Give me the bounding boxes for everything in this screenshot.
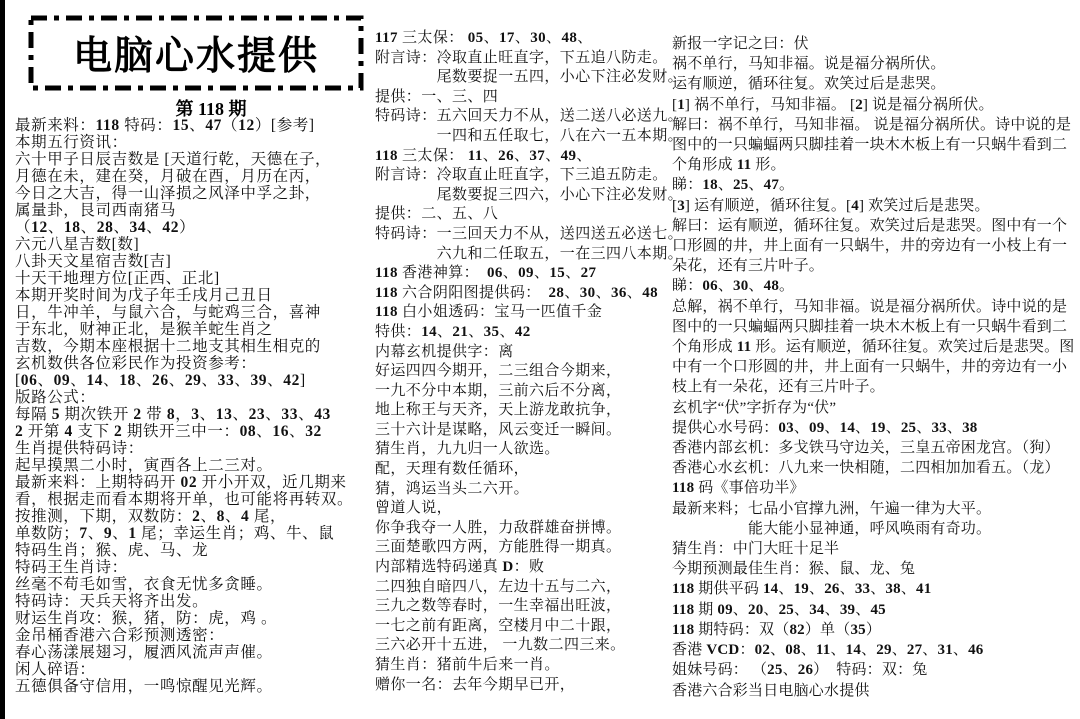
text-line: 春心荡漾展翅习，履洒风流声声催。 [15, 644, 377, 661]
text-line: 睇：06、30、48。 [672, 276, 1076, 296]
text-line: 猜生肖：猪前牛后来一肖。 [375, 656, 677, 676]
text-line: 118 六合阴阳图提供码： 28、30、36、48 [375, 284, 677, 304]
text-line: 内部精选特码递真 D：败 [375, 558, 677, 578]
text-line: 118 期供平码 14、19、26、33、38、41 [672, 579, 1076, 599]
text-line: 提供心水号码：03、09、14、19、25、33、38 [672, 418, 1076, 438]
text-line: 今期预测最佳生肖：猴、鼠、龙、兔 [672, 559, 1076, 579]
text-line: 玄机数供各位彩民作为投资参考： [15, 355, 377, 372]
text-line: 附言诗：冷取直止旺直字，下三追五防走。 [375, 166, 677, 186]
text-line: 三十六计是谋略，风云变迁一瞬间。 [375, 421, 677, 441]
text-line: 口形圆的井，井上面有一只蜗牛，井的旁边有一小枝上有一 [672, 236, 1076, 256]
text-line: 好运四四今期开，二三组合今期来， [375, 362, 677, 382]
text-line: 配，天理有数任循环， [375, 460, 677, 480]
text-line: 香港心水玄机：八九来一快相随，二四相加加看五。（龙） [672, 458, 1076, 478]
text-line: 八卦天文星宿吉数[吉] [15, 253, 377, 270]
text-line: 本期开奖时间为戊子年壬戌月己丑日 [15, 287, 377, 304]
text-line: 丝毫不苟毛如雪，衣食无忧多贪睡。 [15, 576, 377, 593]
text-line: 提供：二、五、八 [375, 205, 677, 225]
text-line: 最新来料：上期特码开 02 开小开双，近几期来 [15, 474, 377, 491]
tip-sheet-page: 电脑心水提供 第 118 期 最新来料：118 特码：15、47（12）[参考]… [0, 0, 1080, 719]
text-line: 六九和二任取五，一在三四八本期。 [375, 245, 677, 265]
text-line: 尾数要捉一五四，小心下注必发财。 [375, 68, 677, 88]
text-line: 中有一个口形圆的井，井上面有一只蜗牛，井的旁边有一小 [672, 357, 1076, 377]
text-line: 内幕玄机提供字：离 [375, 343, 677, 363]
text-line: 图中的一只蝙蝠两只脚挂着一块木木板上有一只蜗牛看到二 [672, 317, 1076, 337]
title-box: 电脑心水提供 [28, 15, 364, 91]
text-line: 118 期 09、20、25、34、39、45 [672, 600, 1076, 620]
text-line: 三面楚歌四方两，方能胜得一期真。 [375, 538, 677, 558]
text-line: 财运生肖攻：猴，猪，防：虎，鸡 。 [15, 610, 377, 627]
text-line: 特码诗：一三回天力不从，送四送五必送七。 [375, 225, 677, 245]
text-line: [06、09、14、18、26、29、33、39、42] [15, 372, 377, 389]
left-edge-bar [0, 0, 5, 719]
text-line: 玄机字“伏”字折存为“伏” [672, 398, 1076, 418]
text-line: [1] 祸不单行，马知非福。 [2] 说是福分祸所伏。 [672, 95, 1076, 115]
text-line: 属量卦，艮司西南猪马 [15, 202, 377, 219]
text-line: 朵花，还有三片叶子。 [672, 256, 1076, 276]
text-line: 特码生肖；猴、虎、马、龙 [15, 542, 377, 559]
text-line: 118 白小姐透码：宝马一匹值千金 [375, 303, 677, 323]
text-line: 曾道人说， [375, 499, 677, 519]
text-line: （12、18、28、34、42） [15, 219, 377, 236]
text-line: 解曰：运有顺逆，循环往复。欢笑过后是悲哭。图中有一个 [672, 216, 1076, 236]
text-line: 香港 VCD：02、08、11、14、29、27、31、46 [672, 640, 1076, 660]
text-line: 本期五行资讯： [15, 134, 377, 151]
text-line: 十天干地理方位[正西、正北] [15, 270, 377, 287]
text-line: 吉数，今期本座根据十二地支其相生相克的 [15, 338, 377, 355]
text-line: 运有顺逆，循环往复。欢笑过后是悲哭。 [672, 74, 1076, 94]
text-line: 能大能小显神通，呼风唤雨有奇功。 [672, 519, 1076, 539]
text-line: 2 开第 4 支下 2 期铁开三中一：08、16、32 [15, 423, 377, 440]
text-line: 个角形成 11 形。 [672, 155, 1076, 175]
text-line: 单数防；7、9、1 尾；幸运生肖；鸡、牛、鼠 [15, 525, 377, 542]
text-line: 一七之前有距离，空楼月中二十跟， [375, 617, 677, 637]
text-line: 一四和五任取七，八在六一五本期。 [375, 127, 677, 147]
text-line: 最新来料；七品小官撑九洲，午遍一律为大平。 [672, 499, 1076, 519]
text-line: 月德在未，建在癸，月破在酉，月历在丙， [15, 168, 377, 185]
text-line: 个角形成 11 形。运有顺逆，循环往复。欢笑过后是悲哭。图 [672, 337, 1076, 357]
text-line: 总解，祸不单行，马知非福。说是福分祸所伏。诗中说的是 [672, 297, 1076, 317]
left-column: 最新来料：118 特码：15、47（12）[参考]本期五行资讯：六十甲子日辰吉数… [15, 117, 377, 695]
text-line: 118 期特码：双（82）单（35） [672, 620, 1076, 640]
text-line: 于东北，财神正北，是猴羊蛇生肖之 [15, 321, 377, 338]
text-line: 117 三太保： 05、17、30、48、 [375, 29, 677, 49]
text-line: 香港六合彩当日电脑心水提供 [672, 681, 1076, 701]
text-line: 二四独自暗四八，左边十五与二六， [375, 578, 677, 598]
text-line: 新报一字记之曰：伏 [672, 34, 1076, 54]
text-line: 猜生肖：中门大旺十足半 [672, 539, 1076, 559]
text-line: 你争我夺一人胜，力敌群雄奋拼博。 [375, 519, 677, 539]
text-line: 按推测，下期，双数防：2、8、4 尾， [15, 508, 377, 525]
text-line: 特码诗：天兵天将齐出发。 [15, 593, 377, 610]
text-line: 118 码《事倍功半》 [672, 478, 1076, 498]
text-line: 五德俱备守信用，一鸣惊醒见光辉。 [15, 678, 377, 695]
text-line: 起早摸黑二小时，寅酉各上二三对。 [15, 457, 377, 474]
text-line: 赠你一名：去年今期早已开， [375, 676, 677, 696]
text-line: 六十甲子日辰吉数是 [天道行乾，天德在子， [15, 151, 377, 168]
text-line: 每隔 5 期次铁开 2 带 8，3、13、23、33、43 [15, 406, 377, 423]
text-line: 日，牛冲羊，与鼠六合，与蛇鸡三合，喜神 [15, 304, 377, 321]
text-line: 特供：14、21、35、42 [375, 323, 677, 343]
text-line: 118 三太保： 11、26、37、49、 [375, 147, 677, 167]
text-line: 版路公式： [15, 389, 377, 406]
right-column: 新报一字记之曰：伏祸不单行，马知非福。说是福分祸所伏。运有顺逆，循环往复。欢笑过… [672, 34, 1076, 701]
text-line: 猜，鸿运当头二六开。 [375, 480, 677, 500]
text-line: 生肖提供特码诗： [15, 440, 377, 457]
text-line: 姐妹号码： （25、26） 特码：双：兔 [672, 660, 1076, 680]
text-line: 尾数要捉三四六，小心下注必发财。 [375, 186, 677, 206]
text-line: 金吊桶香港六合彩预测透密： [15, 627, 377, 644]
text-line: 特码诗：五六回天力不从，送二送八必送九。 [375, 107, 677, 127]
text-line: 提供：一、三、四 [375, 88, 677, 108]
text-line: 六元八星吉数[数] [15, 236, 377, 253]
text-line: 图中的一只蝙蝠两只脚挂着一块木木板上有一只蜗牛看到二 [672, 135, 1076, 155]
text-line: [3] 运有顺逆，循环往复。[4] 欢笑过后是悲哭。 [672, 196, 1076, 216]
text-line: 最新来料：118 特码：15、47（12）[参考] [15, 117, 377, 134]
text-line: 118 香港神算： 06、09、15、27 [375, 264, 677, 284]
text-line: 睇：18、25、47。 [672, 175, 1076, 195]
text-line: 祸不单行，马知非福。说是福分祸所伏。 [672, 54, 1076, 74]
text-line: 枝上有一朵花，还有三片叶子。 [672, 377, 1076, 397]
text-line: 香港内部玄机：多戈铁马守边关，三皇五帝困龙宫。（狗） [672, 438, 1076, 458]
text-line: 今日之大吉，得一山泽损之风泽中孚之卦， [15, 185, 377, 202]
text-line: 地上称王与天齐，天上游龙敢抗争， [375, 401, 677, 421]
page-title: 电脑心水提供 [28, 15, 364, 91]
text-line: 猜生肖，九九归一人欲选。 [375, 440, 677, 460]
text-line: 看，根据走而看本期将开单，也可能将再转双。 [15, 491, 377, 508]
text-line: 闲人碎语： [15, 661, 377, 678]
text-line: 三六必开十五进， 一九数二四三来。 [375, 636, 677, 656]
middle-column: 117 三太保： 05、17、30、48、附言诗：冷取直止旺直字，下五追八防走。… [375, 29, 677, 695]
text-line: 特码王生肖诗： [15, 559, 377, 576]
text-line: 一九不分中本期，三前六后不分离， [375, 382, 677, 402]
text-line: 附言诗：冷取直止旺直字，下五追八防走。 [375, 49, 677, 69]
text-line: 三九之数等春时，一生幸福出旺波， [375, 597, 677, 617]
text-line: 解曰：祸不单行，马知非福。 说是福分祸所伏。诗中说的是 [672, 115, 1076, 135]
